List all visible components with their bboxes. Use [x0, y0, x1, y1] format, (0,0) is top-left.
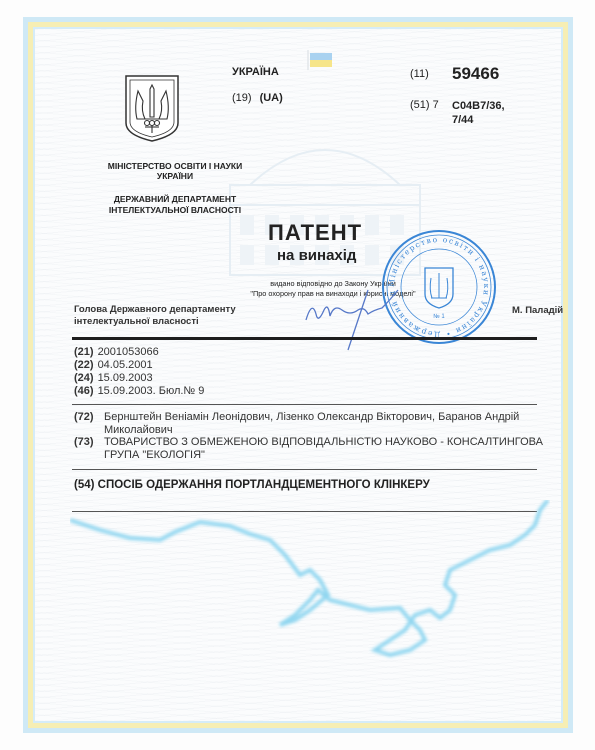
country-code: (UA)	[260, 92, 283, 104]
head-title: Голова Державного департаменту інтелекту…	[74, 304, 236, 328]
coat-of-arms-icon	[123, 73, 181, 143]
inid-19: (19)(UA)	[232, 92, 283, 104]
inid-11-code: (11)	[410, 68, 429, 80]
biblio-row: (21)2001053066	[74, 346, 204, 359]
biblio-row: (24)15.09.2003	[74, 372, 204, 385]
document-title: ПАТЕНТ	[268, 220, 362, 246]
biblio-value: 15.09.2003	[98, 372, 153, 384]
country-name: УКРАЇНА	[232, 66, 279, 78]
inventors-code: (72)	[74, 411, 104, 436]
head-title-line-1: Голова Державного департаменту	[74, 304, 236, 316]
inid-19-code: (19)	[232, 92, 252, 104]
invention-title: (54) СПОСІБ ОДЕРЖАННЯ ПОРТЛАНДЦЕМЕНТНОГО…	[74, 479, 430, 491]
owner-name: ТОВАРИСТВО З ОБМЕЖЕНОЮ ВІДПОВІДАЛЬНІСТЮ …	[104, 436, 544, 461]
ipc-line-1: C04B7/36,	[452, 99, 505, 113]
biblio-code: (22)	[74, 359, 94, 371]
signature-icon	[298, 280, 418, 360]
divider	[72, 404, 537, 405]
biblio-row: (46)15.09.2003. Бюл.№ 9	[74, 385, 204, 398]
owner-row: (73) ТОВАРИСТВО З ОБМЕЖЕНОЮ ВІДПОВІДАЛЬН…	[74, 436, 544, 461]
department-name: ДЕРЖАВНИЙ ДЕПАРТАМЕНТ ІНТЕЛЕКТУАЛЬНОЇ ВЛ…	[90, 194, 260, 216]
biblio-code: (46)	[74, 385, 94, 397]
ministry-name: МІНІСТЕРСТВО ОСВІТИ І НАУКИ УКРАЇНИ	[90, 161, 260, 181]
patent-page: УКРАЇНА (19)(UA) (11) 59466 (51) 7 C04B7…	[0, 0, 595, 750]
invention-title-code: (54)	[74, 479, 94, 491]
parties: (72) Бернштейн Веніамін Леонідович, Лізе…	[74, 411, 544, 461]
biblio-value: 2001053066	[98, 346, 159, 358]
head-title-line-2: інтелектуальної власності	[74, 316, 236, 328]
inid-51-code: (51) 7	[410, 99, 439, 111]
biblio-row: (22)04.05.2001	[74, 359, 204, 372]
biblio-code: (24)	[74, 372, 94, 384]
biblio-code: (21)	[74, 346, 94, 358]
signatory-name: М. Паладій	[512, 305, 563, 316]
owner-code: (73)	[74, 436, 104, 461]
biblio-value: 04.05.2001	[98, 359, 153, 371]
invention-title-text: СПОСІБ ОДЕРЖАННЯ ПОРТЛАНДЦЕМЕНТНОГО КЛІН…	[98, 479, 430, 491]
inventors-names: Бернштейн Веніамін Леонідович, Лізенко О…	[104, 411, 544, 436]
ukraine-flag-icon	[306, 50, 334, 70]
inventors-row: (72) Бернштейн Веніамін Леонідович, Лізе…	[74, 411, 544, 436]
document-subtitle: на винахід	[277, 247, 356, 264]
ukraine-map-watermark-icon	[70, 500, 550, 670]
seal-number: № 1	[433, 313, 445, 320]
biblio-value: 15.09.2003. Бюл.№ 9	[98, 385, 205, 397]
patent-number: 59466	[452, 64, 499, 84]
divider	[72, 469, 537, 470]
ipc-classification: C04B7/36, 7/44	[452, 99, 505, 127]
ipc-line-2: 7/44	[452, 113, 505, 127]
bibliographic-data: (21)2001053066 (22)04.05.2001 (24)15.09.…	[74, 346, 204, 398]
divider-thick	[72, 337, 537, 340]
